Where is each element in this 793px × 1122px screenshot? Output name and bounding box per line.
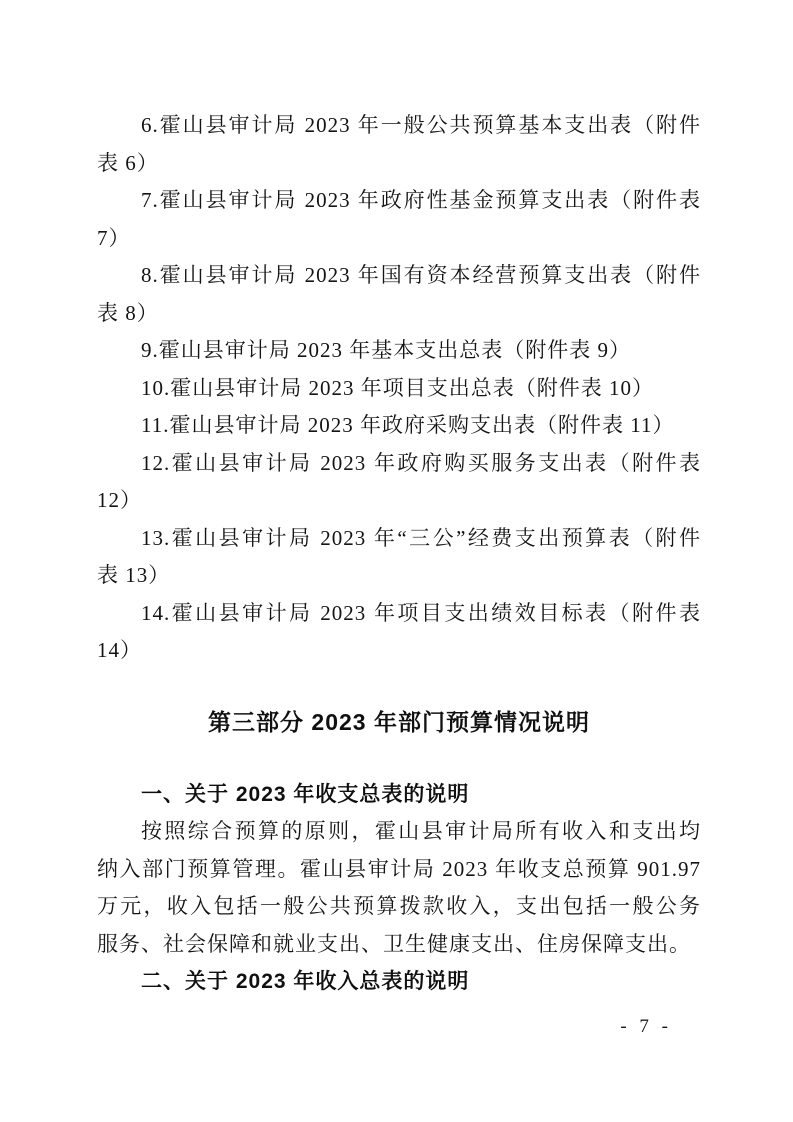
section-1-heading: 一、关于 2023 年收支总表的说明 xyxy=(97,776,701,814)
part-heading: 第三部分 2023 年部门预算情况说明 xyxy=(97,706,701,738)
document-content: 6.霍山县审计局 2023 年一般公共预算基本支出表（附件 表 6） 7.霍山县… xyxy=(97,107,701,1001)
attachment-line: 7.霍山县审计局 2023 年政府性基金预算支出表（附件表 xyxy=(97,182,701,220)
attachment-line: 9.霍山县审计局 2023 年基本支出总表（附件表 9） xyxy=(97,332,701,370)
attachment-line: 7） xyxy=(97,220,701,258)
attachment-line: 表 6） xyxy=(97,145,701,183)
attachment-line: 6.霍山县审计局 2023 年一般公共预算基本支出表（附件 xyxy=(97,107,701,145)
attachment-line: 12） xyxy=(97,482,701,520)
attachment-list: 6.霍山县审计局 2023 年一般公共预算基本支出表（附件 表 6） 7.霍山县… xyxy=(97,107,701,670)
paragraph-line: 万元，收入包括一般公共预算拨款收入，支出包括一般公务 xyxy=(97,888,701,926)
attachment-line: 8.霍山县审计局 2023 年国有资本经营预算支出表（附件 xyxy=(97,257,701,295)
attachment-line: 13.霍山县审计局 2023 年“三公”经费支出预算表（附件 xyxy=(97,520,701,558)
attachment-line: 14） xyxy=(97,632,701,670)
attachment-line: 11.霍山县审计局 2023 年政府采购支出表（附件表 11） xyxy=(97,407,701,445)
section-2-heading: 二、关于 2023 年收入总表的说明 xyxy=(97,963,701,1001)
paragraph-line: 纳入部门预算管理。霍山县审计局 2023 年收支总预算 901.97 xyxy=(97,851,701,889)
page-number: - 7 - xyxy=(620,1016,672,1038)
attachment-line: 表 8） xyxy=(97,295,701,333)
paragraph-line: 服务、社会保障和就业支出、卫生健康支出、住房保障支出。 xyxy=(97,926,701,964)
attachment-line: 12.霍山县审计局 2023 年政府购买服务支出表（附件表 xyxy=(97,445,701,483)
section-1-paragraph: 按照综合预算的原则，霍山县审计局所有收入和支出均 纳入部门预算管理。霍山县审计局… xyxy=(97,813,701,963)
document-page: 6.霍山县审计局 2023 年一般公共预算基本支出表（附件 表 6） 7.霍山县… xyxy=(0,0,793,1122)
attachment-line: 10.霍山县审计局 2023 年项目支出总表（附件表 10） xyxy=(97,370,701,408)
attachment-line: 表 13） xyxy=(97,557,701,595)
attachment-line: 14.霍山县审计局 2023 年项目支出绩效目标表（附件表 xyxy=(97,595,701,633)
paragraph-line: 按照综合预算的原则，霍山县审计局所有收入和支出均 xyxy=(97,813,701,851)
